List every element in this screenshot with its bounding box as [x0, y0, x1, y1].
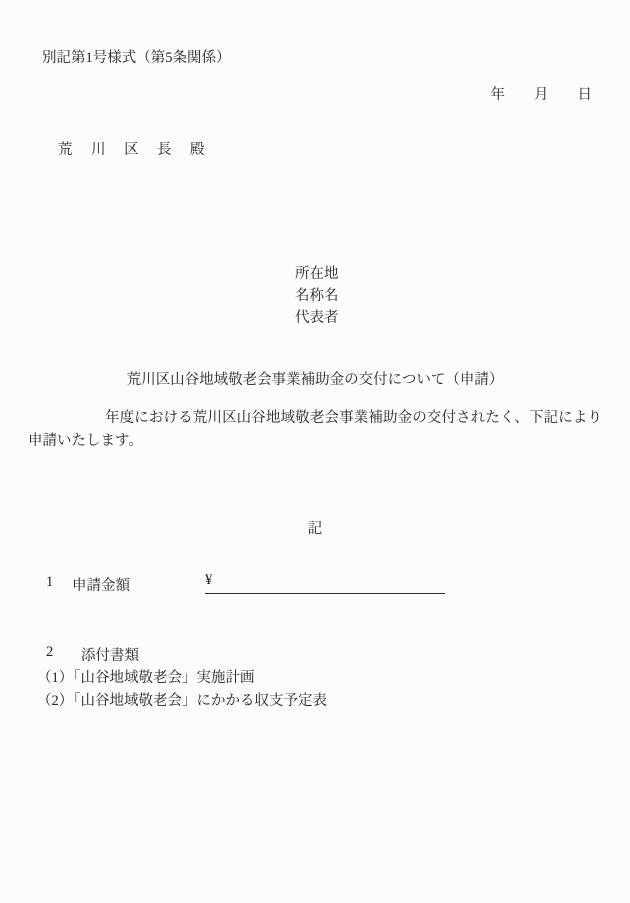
amount-item-number: 1 [46, 574, 53, 591]
amount-blank-field: ¥ [205, 572, 445, 594]
addressee-line: 荒 川 区 長 殿 [58, 138, 207, 159]
form-number-label: 別記第1号様式（第5条関係） [42, 46, 231, 67]
body-paragraph: 年度における荒川区山谷地域敬老会事業補助金の交付されたく、下記により申請いたしま… [28, 407, 602, 453]
applicant-name-label: 名称名 [295, 285, 339, 307]
applicant-address-label: 所在地 [295, 263, 339, 285]
attachments-item-label: 添付書類 [81, 644, 139, 665]
date-line: 年 月 日 [491, 83, 593, 104]
document-title: 荒川区山谷地域敬老会事業補助金の交付について（申請） [0, 368, 630, 389]
attachment-entry: （2）「山谷地域敬老会」にかかる収支予定表 [37, 689, 327, 710]
applicant-representative-label: 代表者 [295, 307, 339, 329]
attachments-item-number: 2 [46, 644, 53, 661]
record-marker: 記 [0, 517, 630, 538]
document-page: 別記第1号様式（第5条関係） 年 月 日 荒 川 区 長 殿 所在地 名称名 代… [0, 0, 630, 903]
yen-currency-symbol: ¥ [205, 572, 212, 589]
attachment-entry: （1）「山谷地域敬老会」実施計画 [37, 666, 255, 687]
amount-item-label: 申請金額 [72, 574, 130, 595]
applicant-block: 所在地 名称名 代表者 [295, 263, 339, 329]
